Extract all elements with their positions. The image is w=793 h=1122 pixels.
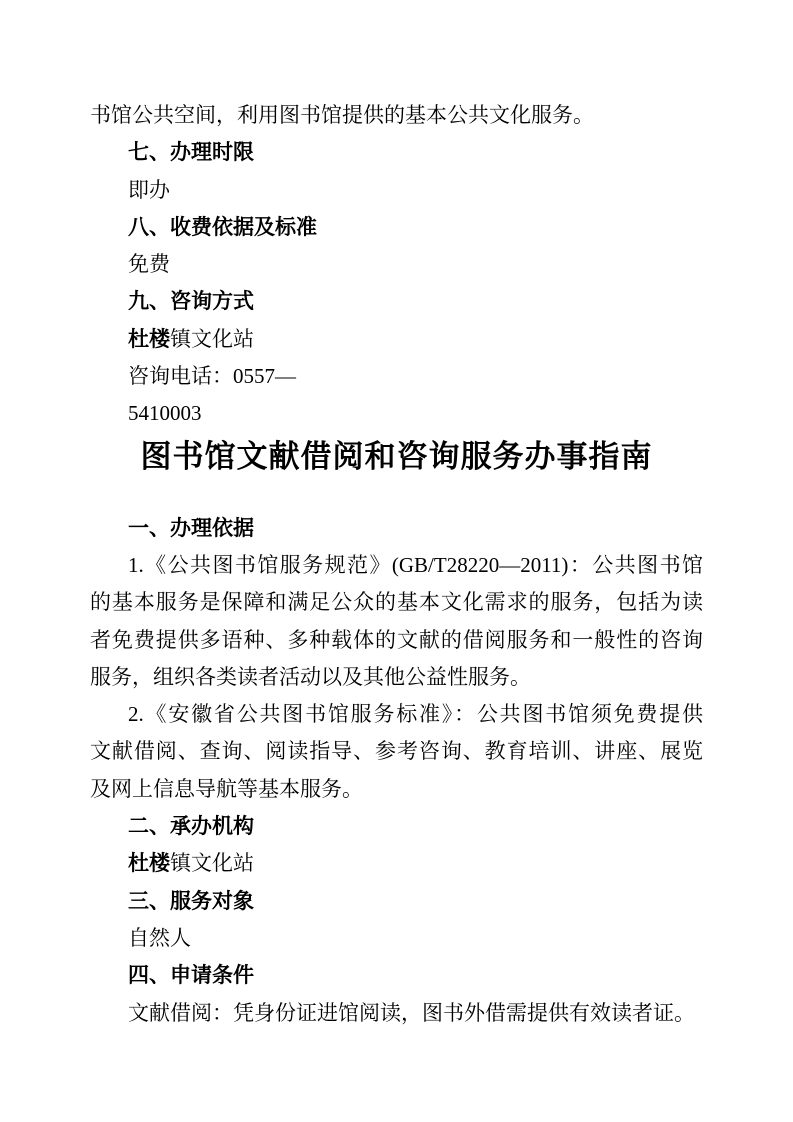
- title-gap: [90, 481, 703, 510]
- section-heading-3: 三、服务对象: [90, 883, 703, 920]
- section-body-8: 免费: [90, 246, 703, 283]
- section-heading-8: 八、收费依据及标准: [90, 209, 703, 246]
- basis-item2-line3: 及网上信息导航等基本服务。: [90, 771, 703, 808]
- phone-line-wrap: 5410003: [90, 395, 703, 432]
- basis-item1-line3: 者免费提供多语种、多种载体的文献的借阅服务和一般性的咨询: [90, 622, 703, 659]
- agency-name-line: 杜楼镇文化站: [90, 321, 703, 358]
- section-body-4: 文献借阅：凭身份证进馆阅读，图书外借需提供有效读者证。: [90, 995, 703, 1032]
- section-heading-4: 四、申请条件: [90, 957, 703, 994]
- basis-item1-line2: 的基本服务是保障和满足公众的基本文化需求的服务，包括为读: [90, 584, 703, 621]
- agency-name-regular: 镇文化站: [170, 327, 254, 351]
- document-page: 书馆公共空间，利用图书馆提供的基本公共文化服务。 七、办理时限 即办 八、收费依…: [0, 0, 793, 1122]
- agency-name-bold-2: 杜楼: [128, 852, 170, 875]
- paragraph-continuation-line: 书馆公共空间，利用图书馆提供的基本公共文化服务。: [90, 97, 703, 134]
- basis-item1-line1: 1.《公共图书馆服务规范》(GB/T28220—2011)：公共图书馆: [90, 547, 703, 584]
- section-heading-1: 一、办理依据: [90, 510, 703, 547]
- basis-item2-line1: 2.《安徽省公共图书馆服务标准》：公共图书馆须免费提供: [90, 696, 703, 733]
- section-body-3: 自然人: [90, 920, 703, 957]
- agency-name-line-2: 杜楼镇文化站: [90, 845, 703, 882]
- section-heading-9: 九、咨询方式: [90, 283, 703, 320]
- document-title: 图书馆文献借阅和咨询服务办事指南: [90, 433, 703, 481]
- basis-item2-line2: 文献借阅、查询、阅读指导、参考咨询、教育培训、讲座、展览: [90, 733, 703, 770]
- agency-name-bold: 杜楼: [128, 328, 170, 351]
- section-heading-7: 七、办理时限: [90, 134, 703, 171]
- agency-name-regular-2: 镇文化站: [170, 851, 254, 875]
- basis-item1-line4: 服务，组织各类读者活动以及其他公益性服务。: [90, 659, 703, 696]
- phone-line: 咨询电话：0557—: [90, 358, 703, 395]
- section-body-7: 即办: [90, 172, 703, 209]
- section-heading-2: 二、承办机构: [90, 808, 703, 845]
